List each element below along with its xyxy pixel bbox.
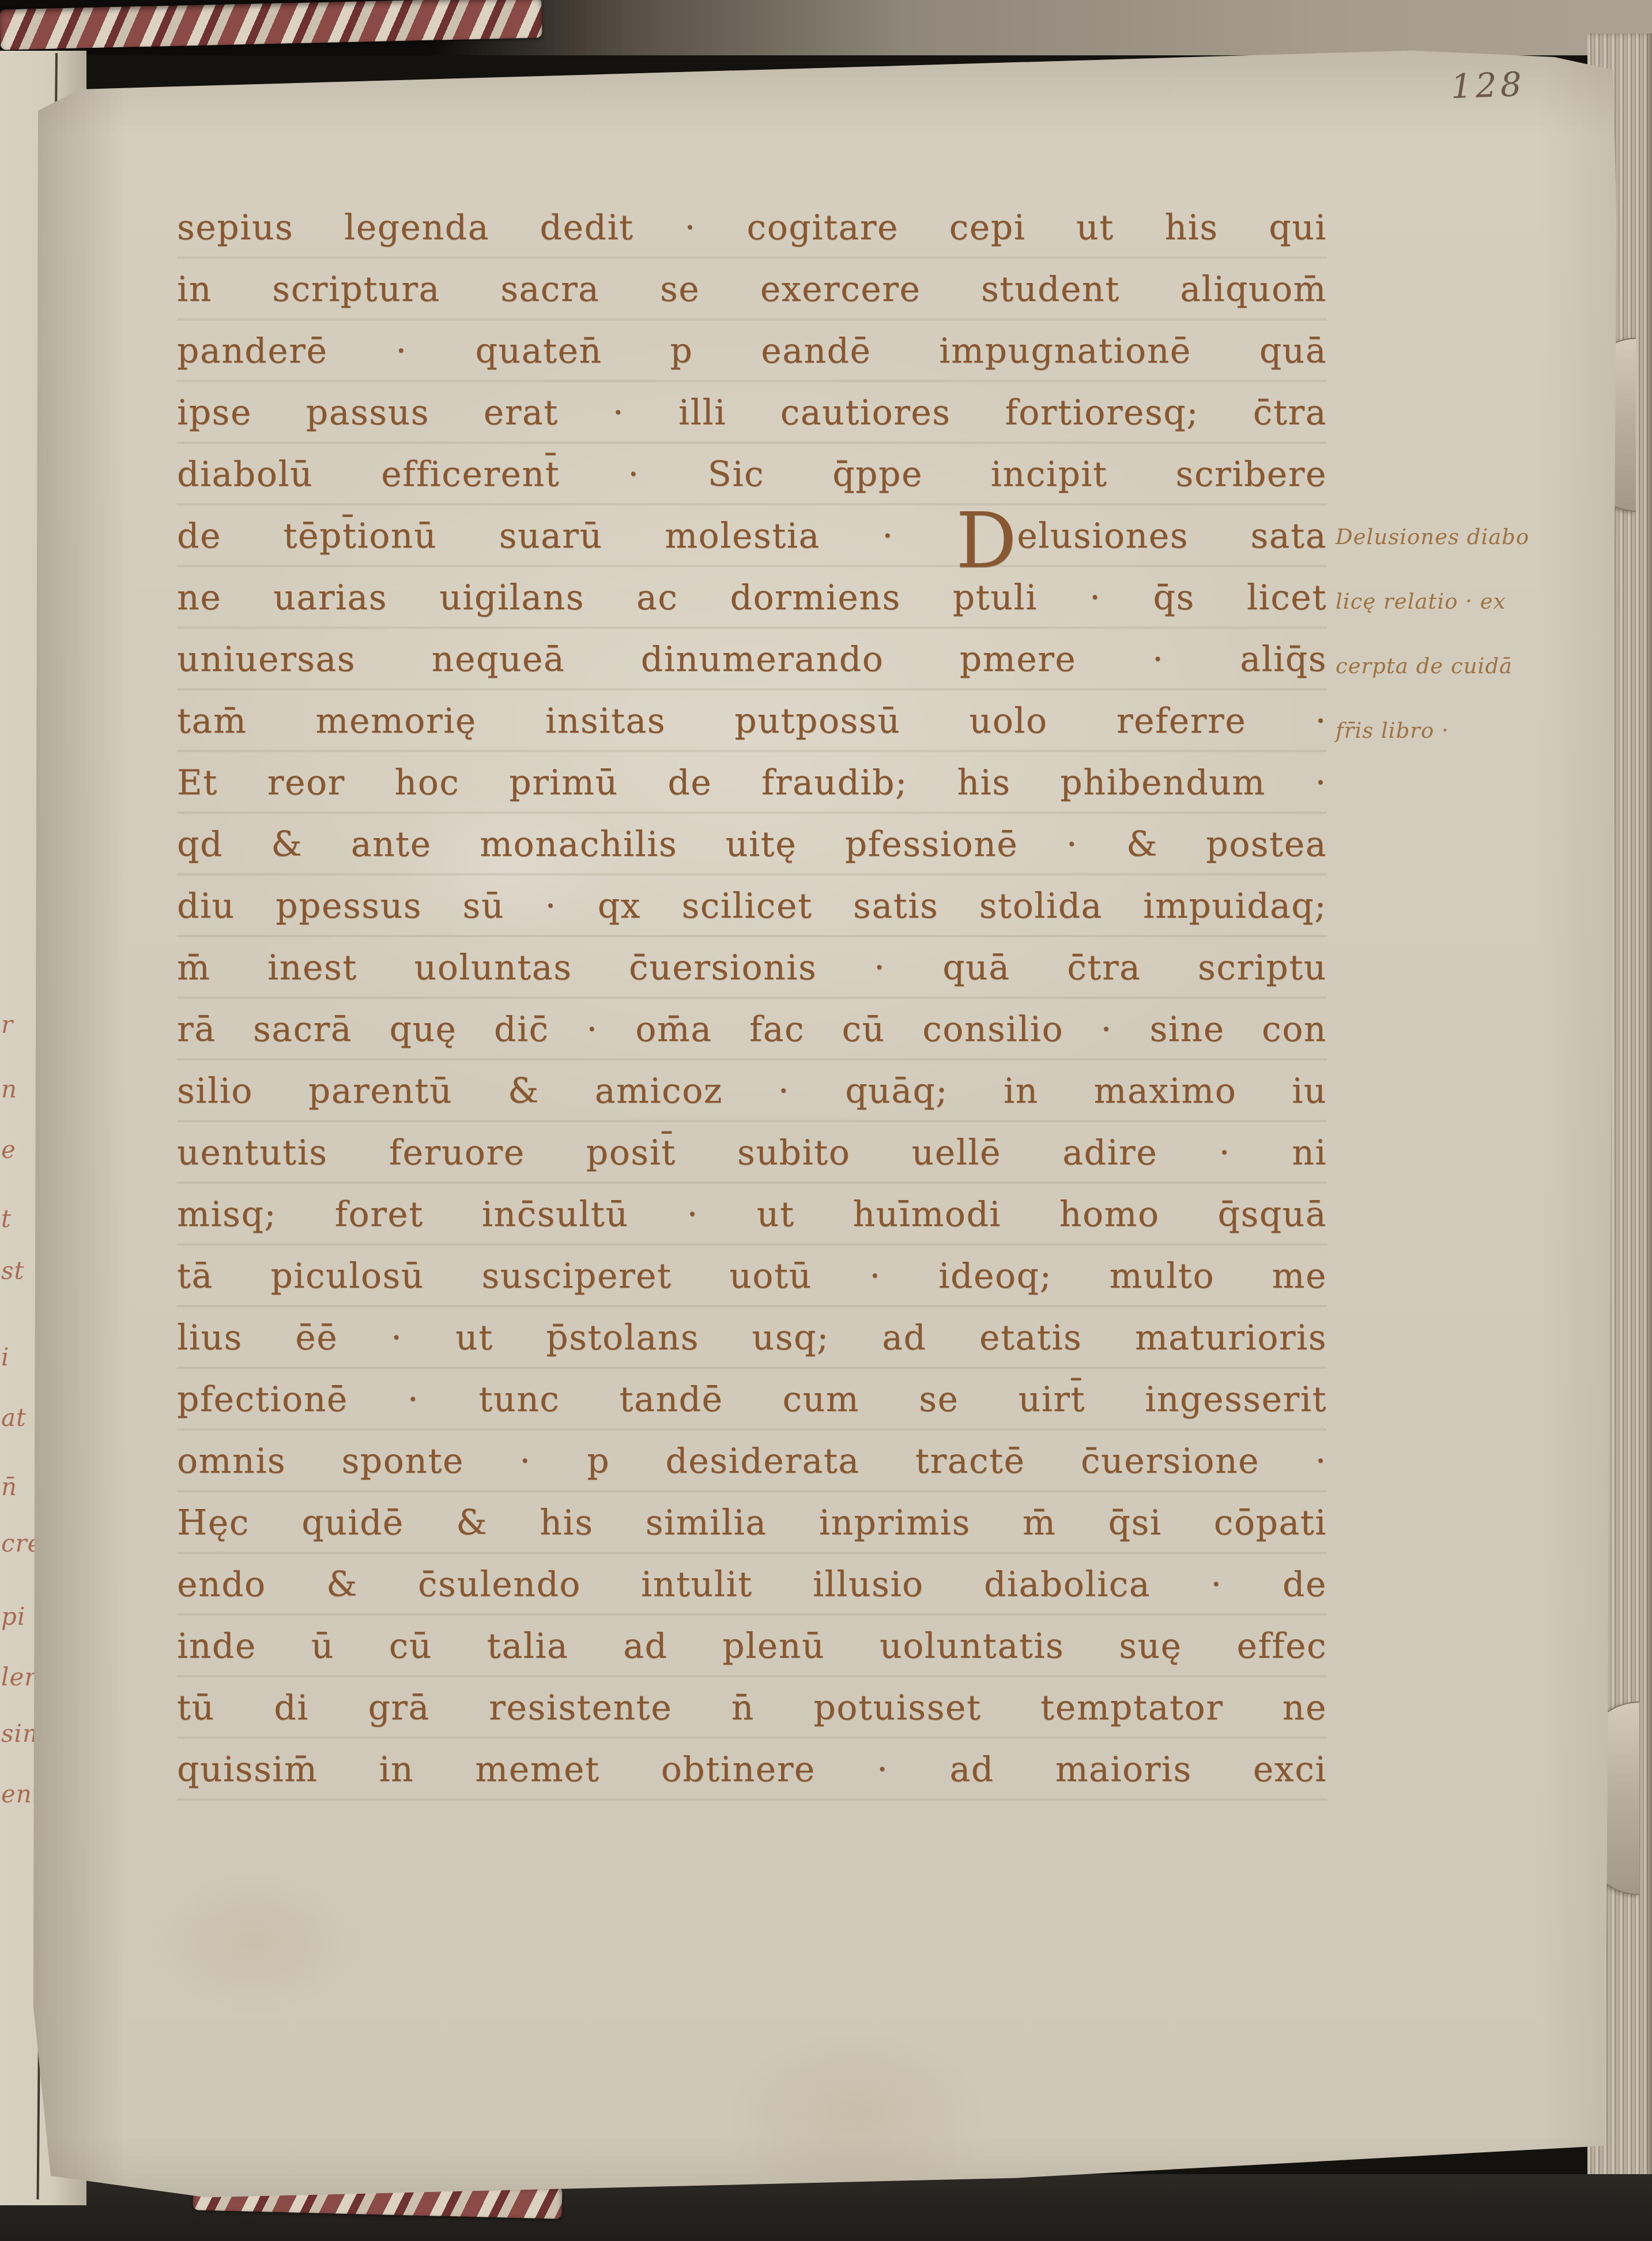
text-line: endo & c̄sulendo intulit illusio diaboli… — [177, 1554, 1327, 1616]
facing-page-text-fragment: n̄ — [1, 1473, 17, 1501]
text-block: sepius legenda dedit · cogitare cepi ut … — [177, 197, 1327, 1801]
text-line: Hęc quidē & his similia inprimis m̄ q̄si… — [177, 1492, 1327, 1554]
margin-note-line: fr̄is libro · — [1336, 699, 1601, 763]
margin-note-line: licę relatio · ex — [1336, 569, 1601, 634]
margin-note-line: cerpta de cuidā — [1336, 634, 1601, 699]
facing-page-text-fragment: e — [1, 1135, 16, 1164]
facing-page-text-fragment: n — [1, 1075, 17, 1103]
facing-page-text-fragment: t — [1, 1205, 12, 1233]
margin-note-line: Delusiones diabo — [1336, 505, 1601, 569]
text-line: lius ēē · ut p̄stolans usq; ad etatis ma… — [177, 1307, 1327, 1369]
text-line: tam̄ memorię insitas putpossū uolo refer… — [177, 691, 1327, 752]
text-line: misq; foret inc̄sultū · ut huīmodi homo … — [177, 1184, 1327, 1246]
text-line: in scriptura sacra se exercere student a… — [177, 259, 1327, 320]
text-line: uentutis feruore posit̄ subito uellē adi… — [177, 1122, 1327, 1184]
text-line: diu ppessus sū · qx scilicet satis stoli… — [177, 876, 1327, 937]
text-line: pfectionē · tunc tandē cum se uirt̄ inge… — [177, 1369, 1327, 1431]
text-line: rā sacrā quę dic̄ · om̄a fac cū consilio… — [177, 999, 1327, 1061]
text-line: ne uarias uigilans ac dormiens ptuli · q… — [177, 567, 1327, 629]
text-line: diabolū efficerent̄ · Sic q̄ppe incipit … — [177, 444, 1327, 505]
text-line: tū di grā resistente n̄ potuisset tempta… — [177, 1677, 1327, 1739]
text-line: uniuersas nequeā dinumerando pmere · ali… — [177, 629, 1327, 691]
text-line: qd & ante monachilis uitę pfessionē · & … — [177, 814, 1327, 876]
folio-number: 128 — [1450, 65, 1526, 106]
text-line: ipse passus erat · illi cautiores fortio… — [177, 382, 1327, 444]
text-line: de tēpt̄ionū suarū molestia · Delusiones… — [177, 505, 1327, 567]
text-line: m̄ inest uoluntas c̄uersionis · quā c̄tr… — [177, 937, 1327, 999]
facing-page-text-fragment: st — [1, 1257, 24, 1285]
facing-page-text-fragment: r — [1, 1010, 13, 1039]
facing-page-text-fragment: pi — [1, 1602, 25, 1631]
text-line: sepius legenda dedit · cogitare cepi ut … — [177, 197, 1327, 259]
text-line: panderē · quaten̄ p eandē impugnationē q… — [177, 320, 1327, 382]
manuscript-photo-scene: rnetstiatn̄crepilensimienti 128 sepius l… — [0, 0, 1652, 2241]
facing-page-text-fragment: at — [1, 1404, 27, 1432]
text-line: Et reor hoc primū de fraudib; his phiben… — [177, 752, 1327, 814]
margin-note: Delusiones diabolicę relatio · excerpta … — [1336, 505, 1601, 763]
text-line: omnis sponte · p desiderata tractē c̄uer… — [177, 1431, 1327, 1492]
facing-page-text-fragment: i — [1, 1343, 9, 1371]
text-line: tā piculosū susciperet uotū · ideoq; mul… — [177, 1246, 1327, 1307]
manuscript-page: 128 sepius legenda dedit · cogitare cepi… — [32, 48, 1618, 2199]
text-line: silio parentū & amicoz · quāq; in maximo… — [177, 1061, 1327, 1122]
text-line: inde ū cū talia ad plenū uoluntatis suę … — [177, 1616, 1327, 1677]
text-line: quissim̄ in memet obtinere · ad maioris … — [177, 1739, 1327, 1801]
